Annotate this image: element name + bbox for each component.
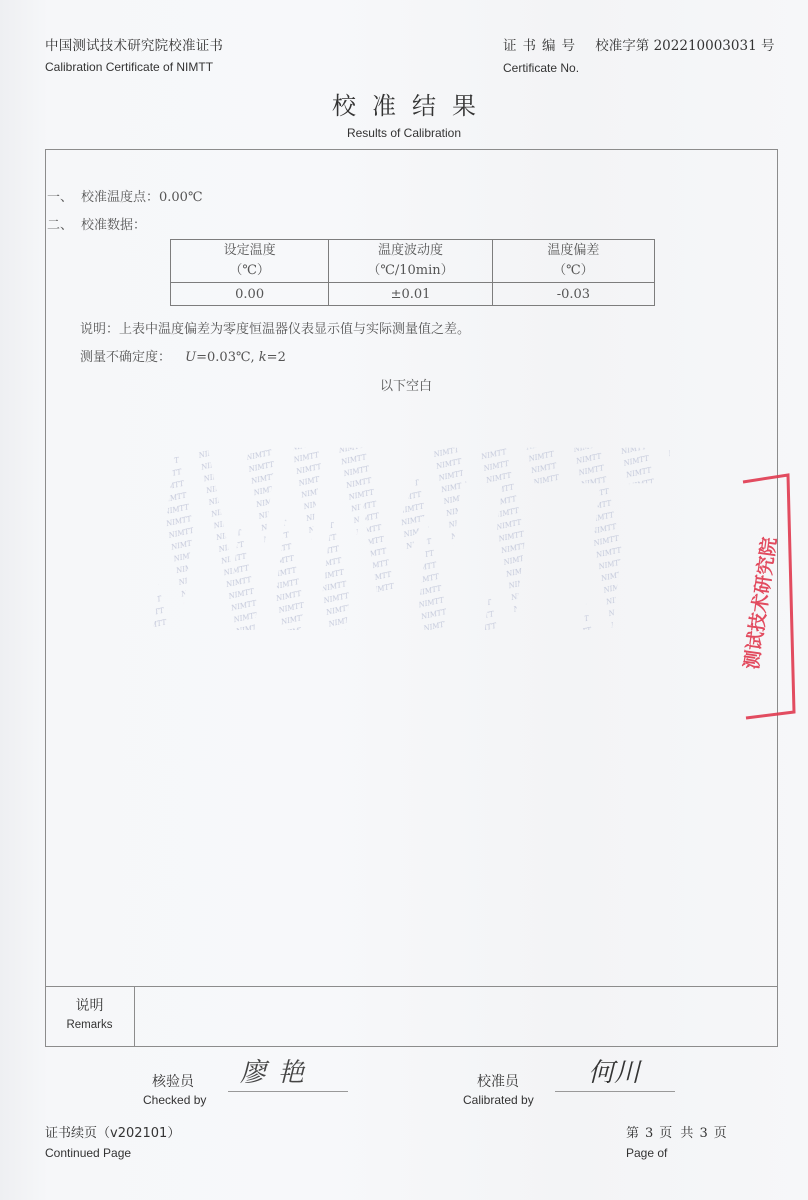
calibration-data-heading: 二、校准数据： <box>47 214 146 233</box>
institute-name-en: Calibration Certificate of NIMTT <box>45 60 213 74</box>
calibrated-by-signature-line <box>555 1091 675 1092</box>
official-seal-stamp: 测试技术研究院 <box>728 470 798 720</box>
uncertainty-label: 测量不确定度： <box>80 350 171 365</box>
column-header: 温度偏差（℃） <box>492 240 654 283</box>
coverage-factor-value: =2 <box>267 350 286 365</box>
calibration-data-table: 设定温度（℃） 温度波动度（℃/10min） 温度偏差（℃） 0.00 ±0.0… <box>170 239 655 306</box>
page-current: 3 <box>645 1126 653 1141</box>
page-subtitle: Results of Calibration <box>0 126 808 140</box>
remarks-label-cn: 说明 <box>45 995 134 1015</box>
calibrated-by-label-cn: 校准员 <box>477 1071 519 1091</box>
calibrated-by-label-en: Calibrated by <box>463 1093 534 1107</box>
calibration-data-text: 校准数据： <box>81 218 146 233</box>
page-number: 第3页 共3页 <box>626 1122 733 1141</box>
table-row: 0.00 ±0.01 -0.03 <box>171 283 655 306</box>
checked-by-signature: 廖艳 <box>240 1052 316 1089</box>
uncertainty-symbol: U <box>185 350 196 365</box>
column-header: 温度波动度（℃/10min） <box>329 240 493 283</box>
column-unit: （℃） <box>493 261 654 281</box>
page-suffix: 页 <box>714 1126 727 1141</box>
page-mid: 页 共 <box>659 1126 693 1141</box>
column-name: 温度波动度 <box>329 241 492 261</box>
certificate-number-value: 校准字第 202210003031 号 <box>595 38 774 54</box>
table-cell: 0.00 <box>171 283 329 306</box>
blank-below-marker: 以下空白 <box>380 375 432 394</box>
calibrated-by-signature: 何川 <box>588 1052 640 1089</box>
continued-page-label-cn: 证书续页（v202101） <box>45 1122 180 1141</box>
table-note: 说明：上表中温度偏差为零度恒温器仪表显示值与实际测量值之差。 <box>80 318 470 337</box>
svg-text:NIMTT: NIMTT <box>150 400 670 660</box>
column-name: 温度偏差 <box>493 241 654 261</box>
remarks-label-en: Remarks <box>45 1019 134 1031</box>
page-title: 校准结果 <box>0 86 808 121</box>
certificate-number-label: 证书编号 <box>503 38 581 54</box>
item-number: 一、 <box>47 186 81 205</box>
svg-text:测试技术研究院: 测试技术研究院 <box>740 536 781 671</box>
table-cell: ±0.01 <box>329 283 493 306</box>
column-header: 设定温度（℃） <box>171 240 329 283</box>
page-total: 3 <box>699 1126 707 1141</box>
measurement-uncertainty: 测量不确定度： U=0.03℃, k=2 <box>80 346 286 365</box>
remarks-row <box>45 986 778 1047</box>
column-unit: （℃/10min） <box>329 261 492 281</box>
continued-page-label-en: Continued Page <box>45 1146 131 1160</box>
institute-name-cn: 中国测试技术研究院校准证书 <box>45 34 223 54</box>
uncertainty-value: =0.03℃, <box>196 350 259 365</box>
checked-by-signature-line <box>228 1091 348 1092</box>
table-header-row: 设定温度（℃） 温度波动度（℃/10min） 温度偏差（℃） <box>171 240 655 283</box>
checked-by-label-en: Checked by <box>143 1093 206 1107</box>
page-prefix: 第 <box>626 1126 639 1141</box>
remarks-label: 说明 Remarks <box>45 986 135 1047</box>
column-unit: （℃） <box>171 261 328 281</box>
certificate-number-label-en: Certificate No. <box>503 61 579 75</box>
item-number: 二、 <box>47 214 81 233</box>
table-cell: -0.03 <box>492 283 654 306</box>
calibration-point: 一、校准温度点：0.00℃ <box>47 186 203 205</box>
nimtt-watermark-logo: NIMTT NIMTT <box>140 400 670 660</box>
certificate-number: 证书编号 校准字第 202210003031 号 <box>503 34 774 54</box>
column-name: 设定温度 <box>171 241 328 261</box>
coverage-factor-symbol: k <box>259 350 267 365</box>
checked-by-label-cn: 核验员 <box>152 1071 194 1091</box>
page-number-label-en: Page of <box>626 1146 667 1160</box>
calibration-point-text: 校准温度点：0.00℃ <box>81 190 203 205</box>
